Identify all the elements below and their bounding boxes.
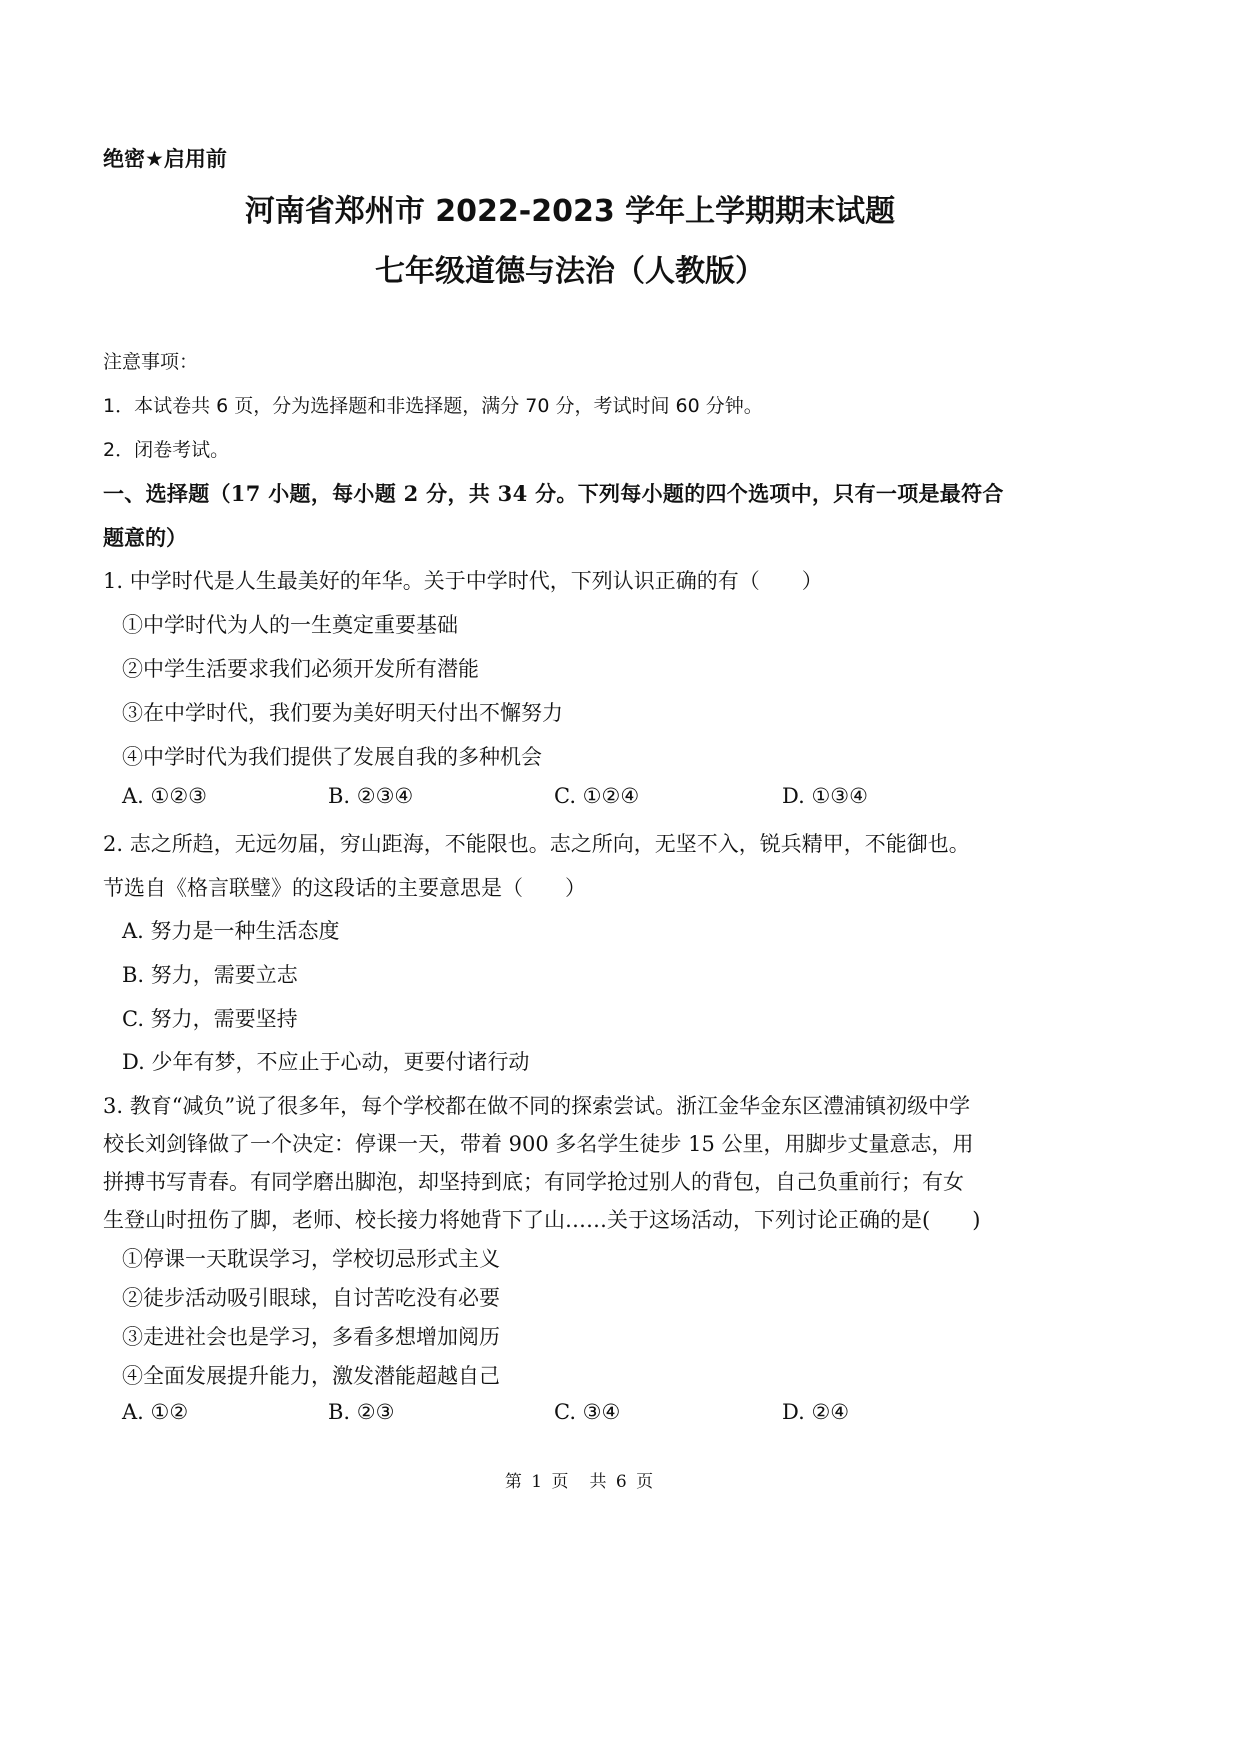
exam-title: 河南省郑州市 2022-2023 学年上学期期末试题 [0,186,1120,230]
exam-subtitle: 七年级道德与法治（人教版） [0,246,1120,290]
answer-option-a: A. 努力是一种生活态度 [122,915,340,945]
confidential-label: 绝密★启用前 [103,143,227,173]
notice-item: 2．闭卷考试。 [103,435,229,462]
answer-option-a: A. ①②③ [122,784,207,808]
answer-option-c: C. ③④ [554,1400,620,1424]
question-stem: 3. 教育“减负”说了很多年，每个学校都在做不同的探索尝试。浙江金华金东区澧浦镇… [103,1090,970,1120]
question-stem-continued: 生登山时扭伤了脚，老师、校长接力将她背下了山……关于这场活动，下列讨论正确的是(… [103,1204,980,1234]
section-heading-continued: 题意的） [103,522,187,552]
answer-option-b: B. ②③④ [328,784,413,808]
statement: ②中学生活要求我们必须开发所有潜能 [122,653,479,683]
answer-option-d: D. ①③④ [782,784,868,808]
statement: ④中学时代为我们提供了发展自我的多种机会 [122,741,542,771]
statement: ①中学时代为人的一生奠定重要基础 [122,609,458,639]
notice-item: 1．本试卷共 6 页，分为选择题和非选择题，满分 70 分，考试时间 60 分钟… [103,391,763,418]
question-stem-continued: 拼搏书写青春。有同学磨出脚泡，却坚持到底；有同学抢过别人的背包，自己负重前行；有… [103,1166,964,1196]
statement: ①停课一天耽误学习，学校切忌形式主义 [122,1243,500,1273]
statement: ④全面发展提升能力，激发潜能超越自己 [122,1360,500,1390]
statement: ③走进社会也是学习，多看多想增加阅历 [122,1321,500,1351]
answer-option-c: C. ①②④ [554,784,639,808]
answer-option-d: D. ②④ [782,1400,849,1424]
question-stem: 1. 中学时代是人生最美好的年华。关于中学时代，下列认识正确的有（ ） [103,565,823,595]
question-stem: 2. 志之所趋，无远勿届，穷山距海，不能限也。志之所向，无坚不入，锐兵精甲，不能… [103,828,970,858]
answer-option-c: C. 努力，需要坚持 [122,1003,298,1033]
answer-option-b: B. ②③ [328,1400,394,1424]
statement: ②徒步活动吸引眼球，自讨苦吃没有必要 [122,1282,500,1312]
section-heading: 一、选择题（17 小题，每小题 2 分，共 34 分。下列每小题的四个选项中，只… [103,478,1004,508]
page-number: 第 1 页 共 6 页 [0,1467,1240,1492]
question-stem-continued: 校长刘剑锋做了一个决定：停课一天，带着 900 多名学生徒步 15 公里，用脚步… [103,1128,974,1158]
notice-heading: 注意事项： [103,347,198,374]
answer-option-a: A. ①② [122,1400,188,1424]
answer-option-d: D. 少年有梦，不应止于心动，更要付诸行动 [122,1046,529,1076]
question-stem-continued: 节选自《格言联璧》的这段话的主要意思是（ ） [103,872,586,902]
answer-option-b: B. 努力，需要立志 [122,959,298,989]
statement: ③在中学时代，我们要为美好明天付出不懈努力 [122,697,563,727]
